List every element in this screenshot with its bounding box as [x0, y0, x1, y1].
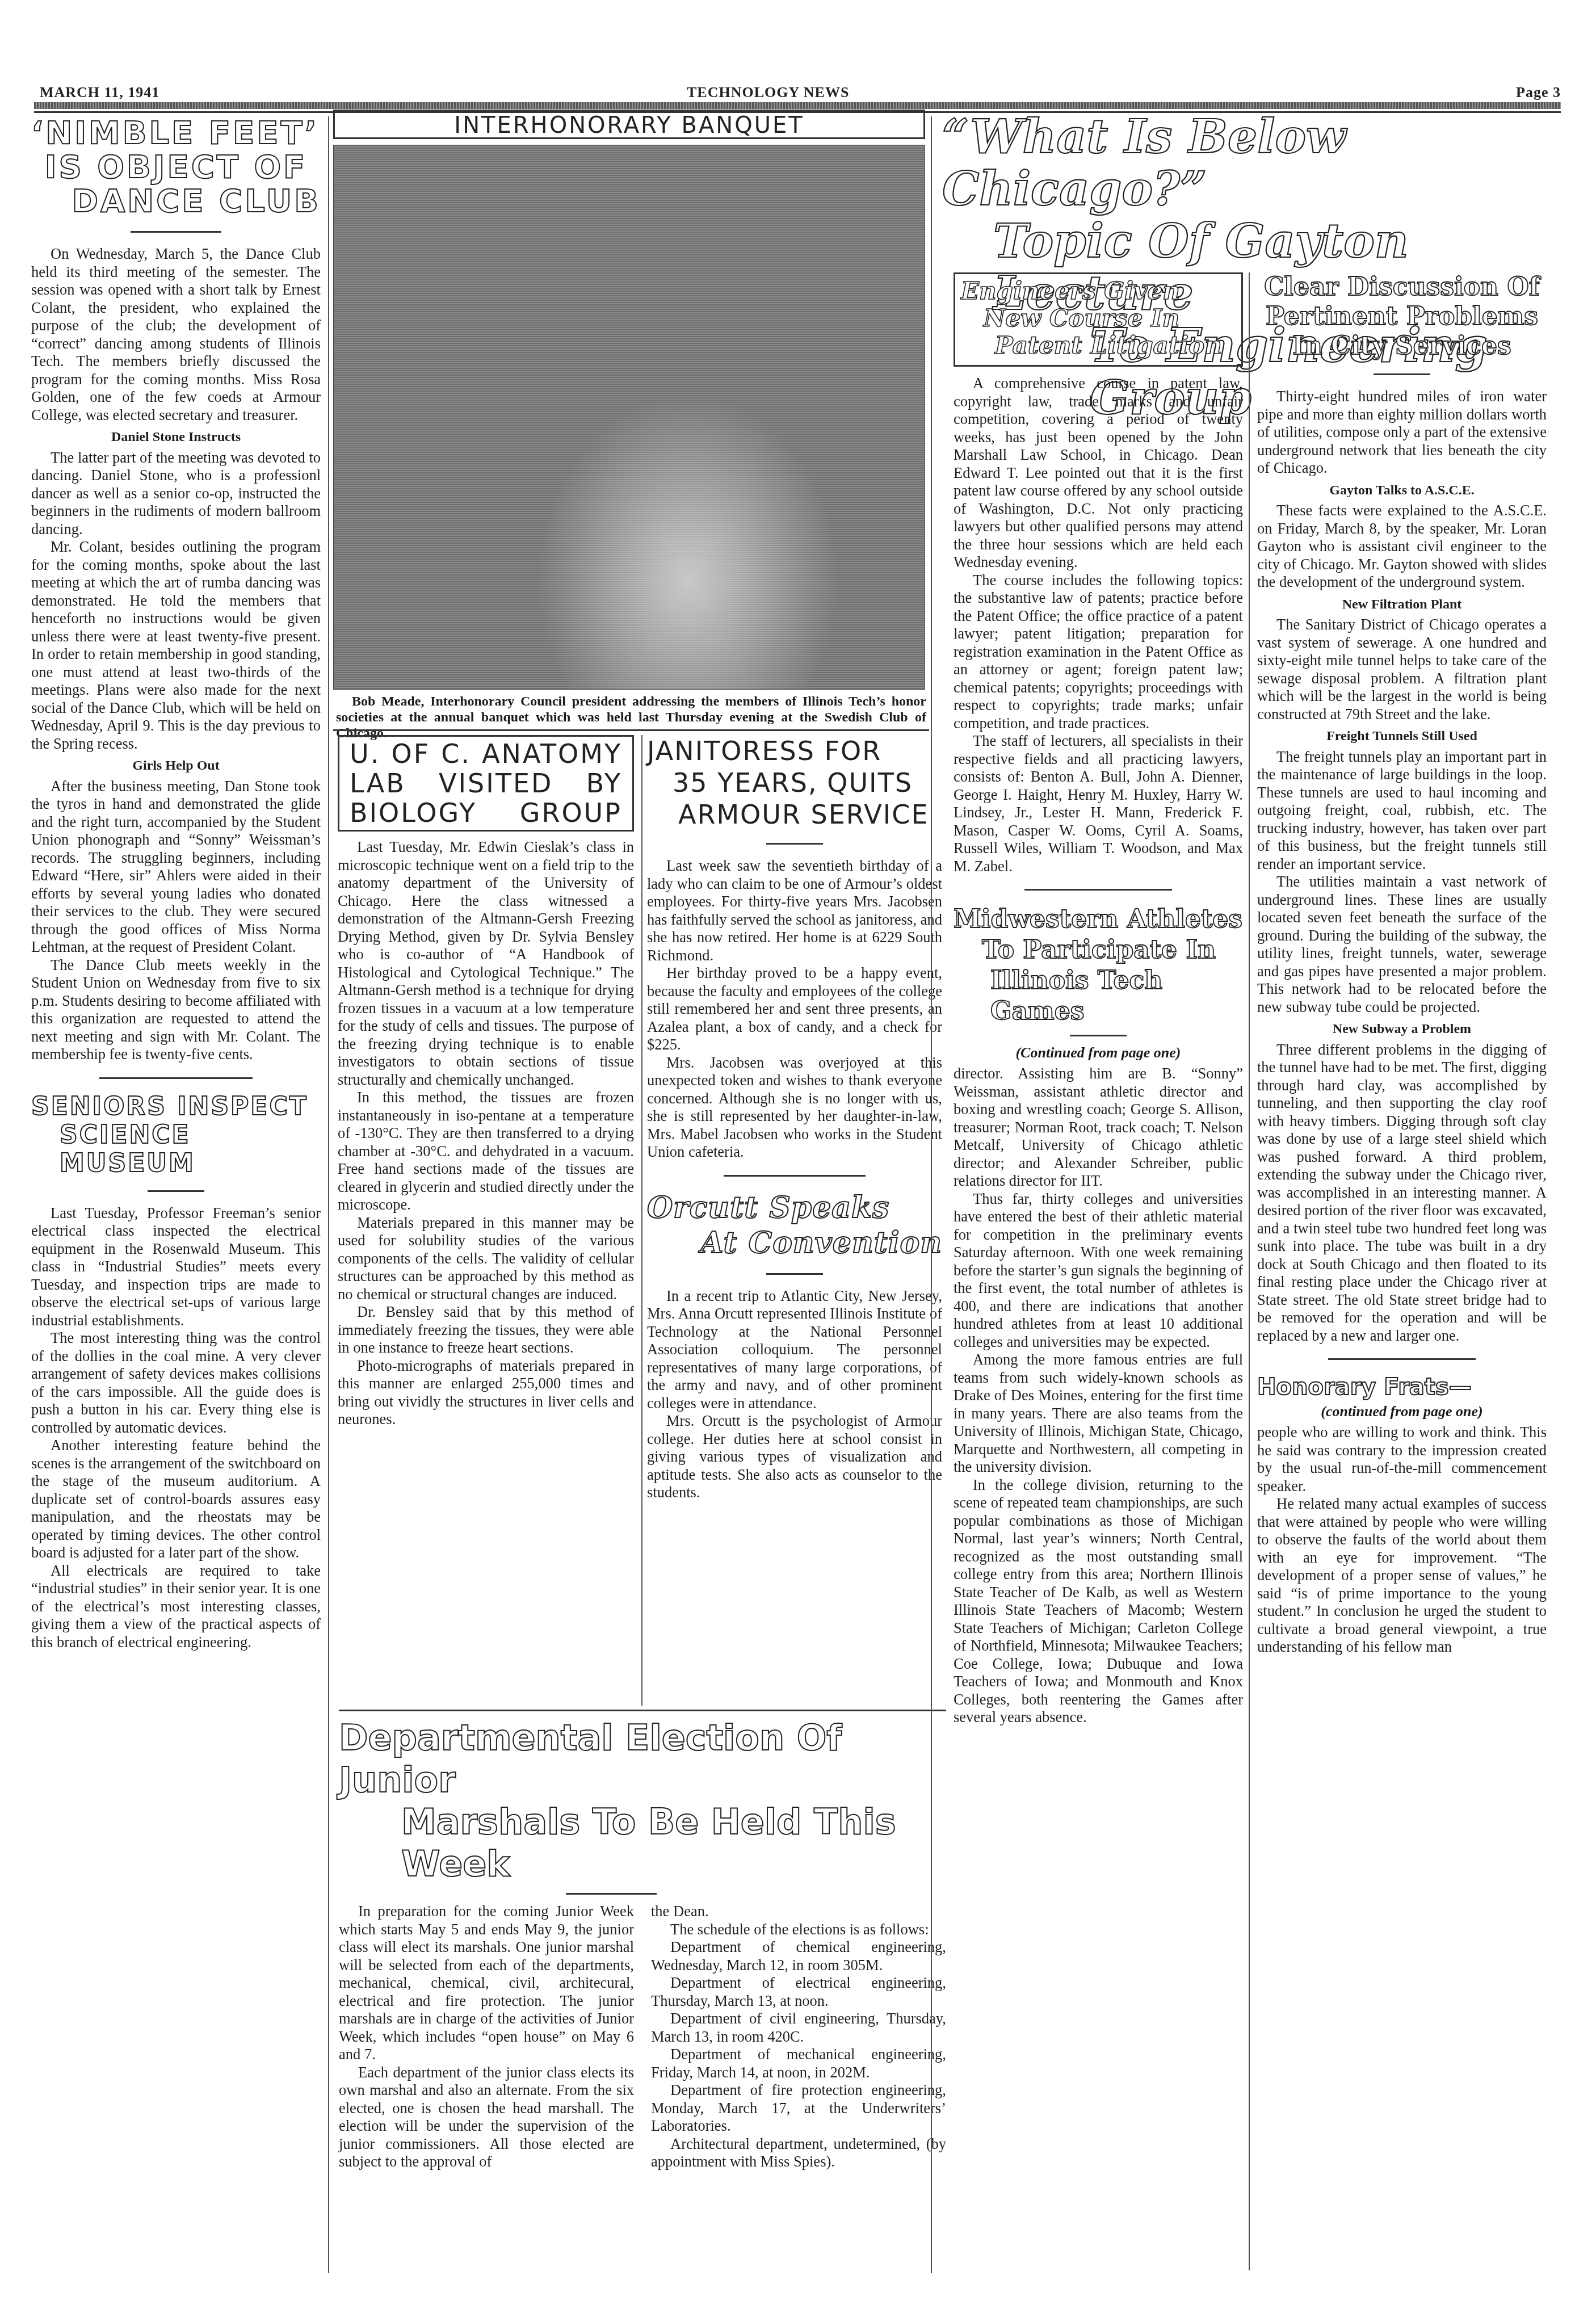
article-body: On Wednesday, March 5, the Dance Club he…	[31, 245, 321, 1064]
column-separator	[1249, 272, 1250, 2270]
subhead: New Subway a Problem	[1257, 1021, 1547, 1039]
headline-midwestern-athletes: Midwestern Athletes To Participate In Il…	[954, 904, 1243, 1027]
article-nimble-feet: ‘NIMBLE FEET’ IS OBJECT OF DANCE CLUB On…	[31, 116, 321, 1651]
article-body: A comprehensive course in patent law, co…	[954, 375, 1243, 875]
divider	[766, 1273, 823, 1275]
article-body-right: the Dean. The schedule of the elections …	[651, 1903, 946, 2171]
page-number: Page 3	[1516, 84, 1561, 101]
divider	[724, 1175, 866, 1177]
article-junior-marshals: Departmental Election Of Junior Marshals…	[339, 1717, 946, 2171]
divider	[333, 729, 929, 731]
headline-janitoress: JANITORESS FOR 35 YEARS, QUITS ARMOUR SE…	[647, 735, 942, 830]
article-body-left: In preparation for the coming Junior Wee…	[339, 1903, 634, 2171]
subhead: Daniel Stone Instructs	[31, 429, 321, 447]
divider	[766, 843, 823, 845]
continued-note: (Continued from page one)	[954, 1044, 1243, 1061]
divider	[566, 1893, 657, 1895]
article-body: In a recent trip to Atlantic City, New J…	[647, 1287, 942, 1502]
subhead: New Filtration Plant	[1257, 596, 1547, 614]
subhead: Gayton Talks to A.S.C.E.	[1257, 482, 1547, 500]
divider	[1374, 373, 1430, 375]
masthead-rule	[34, 102, 1561, 109]
headline-box: Engineers Given New Course In Patent Lit…	[954, 272, 1243, 367]
article-anatomy-lab: U. OF C. ANATOMY LAB VISITED BY BIOLOGY …	[338, 735, 634, 1429]
issue-date: MARCH 11, 1941	[40, 84, 159, 101]
article-body: Last week saw the seventieth birthday of…	[647, 857, 942, 1161]
article-body: people who are willing to work and think…	[1257, 1424, 1547, 1656]
headline-seniors-inspect: SENIORS INSPECT SCIENCE MUSEUM	[31, 1093, 321, 1178]
article-body: director. Assisting him are B. “Sonny” W…	[954, 1065, 1243, 1727]
article-janitoress: JANITORESS FOR 35 YEARS, QUITS ARMOUR SE…	[647, 735, 942, 1502]
divider	[1328, 1358, 1476, 1360]
continued-note: (continued from page one)	[1257, 1403, 1547, 1420]
photo-caption: Bob Meade, Interhonorary Council preside…	[336, 694, 926, 741]
article-body: Thirty-eight hundred miles of iron water…	[1257, 388, 1547, 1345]
divider	[1024, 889, 1172, 891]
headline-honorary-frats: Honorary Frats—	[1257, 1374, 1547, 1401]
headline-junior-marshals: Departmental Election Of Junior Marshals…	[339, 1717, 946, 1885]
banquet-photo	[333, 145, 925, 690]
divider	[148, 1190, 204, 1192]
divider	[339, 1710, 946, 1711]
subhead: Freight Tunnels Still Used	[1257, 728, 1547, 746]
divider	[131, 231, 221, 233]
article-patent-course: Engineers Given New Course In Patent Lit…	[954, 272, 1243, 1727]
article-city-services: Clear Discussion Of Pertinent Problems I…	[1257, 272, 1547, 1656]
headline-patent: Engineers Given New Course In Patent Lit…	[961, 278, 1236, 359]
subhead: Girls Help Out	[31, 757, 321, 775]
headline-nimble-feet: ‘NIMBLE FEET’ IS OBJECT OF DANCE CLUB	[31, 116, 321, 219]
column-separator	[641, 735, 642, 1706]
column-separator	[328, 116, 329, 2273]
banquet-title: INTERHONORARY BANQUET	[335, 111, 923, 140]
headline-city-services: Clear Discussion Of Pertinent Problems I…	[1257, 272, 1547, 361]
article-body: Last Tuesday, Professor Freeman’s senior…	[31, 1204, 321, 1652]
banquet-title-box: INTERHONORARY BANQUET	[333, 110, 925, 139]
masthead: MARCH 11, 1941 TECHNOLOGY NEWS Page 3	[34, 84, 1561, 100]
divider	[99, 1077, 253, 1079]
paper-name: TECHNOLOGY NEWS	[687, 84, 849, 101]
article-body: Last Tuesday, Mr. Edwin Cieslak’s class …	[338, 838, 634, 1429]
headline-box: U. OF C. ANATOMY LAB VISITED BY BIOLOGY …	[338, 735, 634, 832]
headline-orcutt: Orcutt Speaks At Convention	[647, 1190, 942, 1261]
divider	[1070, 1035, 1127, 1036]
column-separator	[931, 116, 932, 2273]
